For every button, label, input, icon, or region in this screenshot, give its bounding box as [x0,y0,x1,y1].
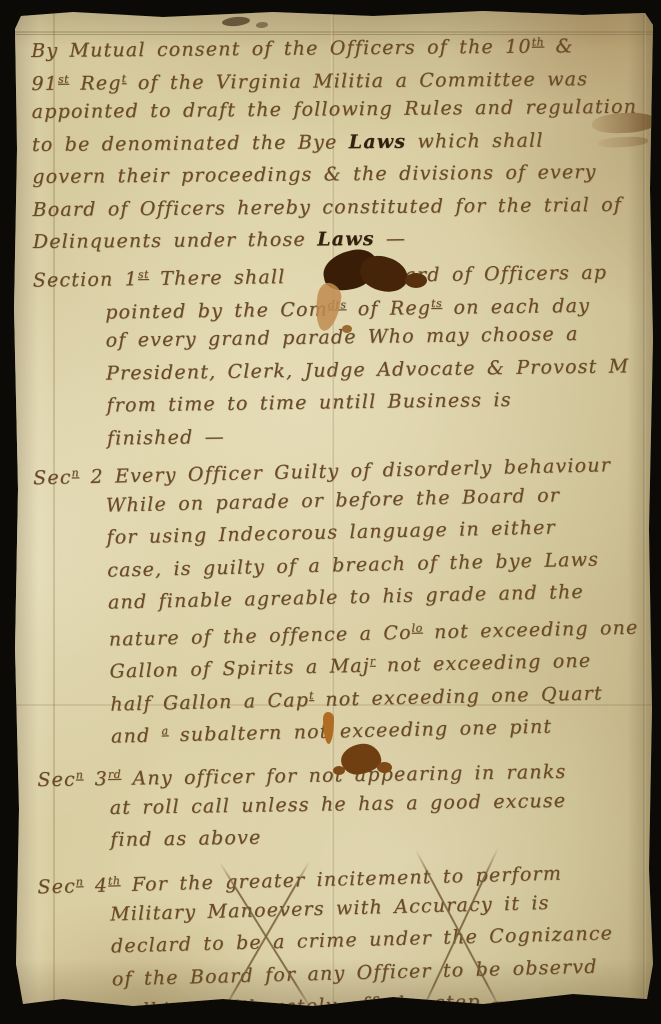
manuscript-segment: not exceeding one [375,649,591,676]
stain-blob [339,741,383,776]
manuscript-segment: for using Indecorous language in either [106,516,556,548]
manuscript-line: govern their proceedings & the divisions… [32,156,648,194]
ink-speck [256,21,268,28]
manuscript-segment: and [111,724,162,747]
manuscript-line: to be denominated the Bye Laws which sha… [32,123,648,161]
ink-blot-dot [342,325,352,333]
manuscript-segment: and finable agreable to his grade and th… [108,580,584,613]
manuscript-segment: not exceeding one [423,616,639,643]
manuscript-segment: half Gallon a Cap [110,688,309,715]
manuscript-segment: Gallon of Spirits a Maj [109,654,370,682]
manuscript-segment: from time to time untill Business is [106,388,511,416]
manuscript-segment: th [108,874,121,887]
manuscript-segment: By Mutual consent of the Officers of the… [31,36,532,62]
manuscript-segment: 3 [83,768,108,790]
manuscript-segment: of the Virginia Militia a Committee was [126,68,588,94]
manuscript-segment: While on parade or before the Board or [106,483,561,515]
ink-blot [308,239,438,349]
manuscript-segment: Sec [37,875,76,898]
manuscript-line: appointed to draft the following Rules a… [32,91,648,129]
manuscript-segment: th [532,36,545,49]
manuscript-line: 91st Regt of the Virginia Militia a Comm… [31,58,647,96]
ink-blot-tail [313,282,343,333]
ink-blot-blob [357,252,412,297]
photo-background: By Mutual consent of the Officers of the… [0,0,661,1024]
stain-satellite [333,766,345,775]
ink-speck [222,16,251,27]
manuscript-segment: & [544,35,574,57]
manuscript-line: Board of Officers hereby constituted for… [32,188,648,226]
manuscript-text: By Mutual consent of the Officers of the… [31,26,656,1024]
manuscript-segment: finished — [107,425,225,449]
manuscript-segment: Board of Officers hereby constituted for… [32,193,622,220]
manuscript-page: By Mutual consent of the Officers of the… [13,9,653,1009]
manuscript-segment: lo [411,621,422,634]
manuscript-segment: walking deliberately off the step — [112,989,512,1021]
manuscript-segment: Military Manoevers with Accuracy it is [110,891,550,924]
manuscript-line: By Mutual consent of the Officers of the… [31,26,647,64]
manuscript-segment: 4 [83,874,108,897]
manuscript-segment: Reg [69,72,122,94]
manuscript-segment: Laws [349,130,407,153]
manuscript-segment: appointed to draft the following Rules a… [32,96,638,123]
manuscript-segment: st [58,72,69,85]
manuscript-segment: to be denominated the Bye [32,131,349,156]
manuscript-segment: Sec [33,466,72,489]
manuscript-segment: pointed by the Com [105,297,328,322]
ink-blot-blob [405,273,427,288]
paragraph-section-4: Secn 4th For the greater incitement to p… [37,851,657,1024]
manuscript-segment: 91 [31,72,58,94]
manuscript-segment: on each day [442,294,590,318]
manuscript-segment: st [138,267,149,280]
manuscript-segment: which shall [406,129,544,152]
manuscript-segment: Sec [37,769,76,792]
manuscript-segment: Section 1 [33,268,139,291]
manuscript-segment: govern their proceedings & the divisions… [32,161,596,188]
manuscript-segment: case, is guilty of a breach of the bye L… [107,547,599,580]
stain-satellite [377,762,392,773]
manuscript-segment: rd [108,768,122,781]
ink-stain [313,704,403,804]
manuscript-segment: President, Clerk, Judge Advocate & Provo… [106,354,630,383]
manuscript-segment: Delinquents under those [33,229,318,253]
stain-drip [323,712,334,744]
paragraph-preamble: By Mutual consent of the Officers of the… [31,26,649,259]
manuscript-segment: find as above [110,827,262,851]
